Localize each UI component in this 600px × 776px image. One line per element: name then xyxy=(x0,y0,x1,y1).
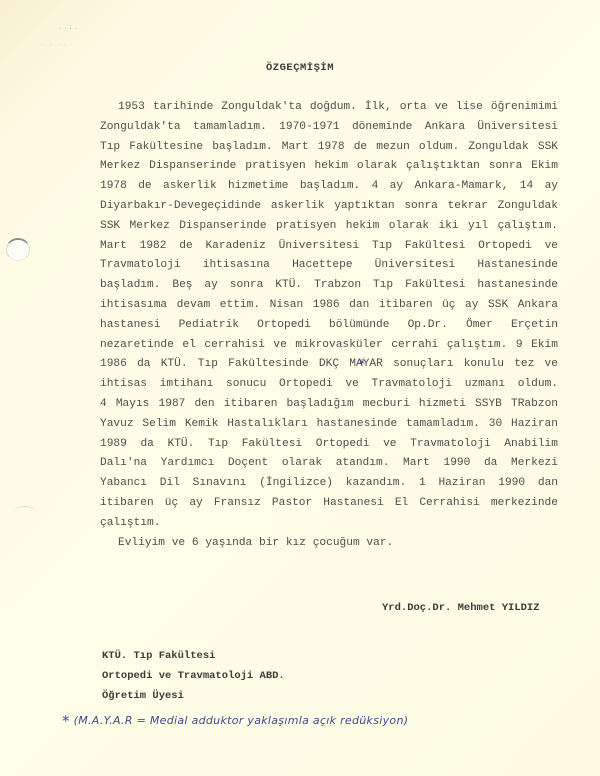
body-line: Yavuz Selim Kemik Hastalıkları hastanesi… xyxy=(100,415,558,435)
signature: Yrd.Doç.Dr. Mehmet YILDIZ xyxy=(382,602,540,614)
body-line: Tıp Fakültesine başladım. Mart 1978 de m… xyxy=(100,138,558,158)
body-line: Zonguldak'ta tamamladım. 1970-1971 dönem… xyxy=(100,118,558,138)
body-line: Travmatoloji ihtisasına Hacettepe Üniver… xyxy=(100,256,558,276)
affiliation-line: Ortopedi ve Travmatoloji ABD. xyxy=(102,666,285,686)
body-line: 4 Mayıs 1987 den itibaren başladığım mec… xyxy=(100,395,558,415)
corner-mark: . . .. xyxy=(40,40,68,47)
handwritten-note: * (M.A.Y.A.R = Medial adduktor yaklaşıml… xyxy=(62,712,408,730)
body-line: ihtisas imtihanı sonucu Ortopedi ve Trav… xyxy=(100,375,558,395)
body-line: hastanesi Pediatrik Ortopedi bölümünde O… xyxy=(100,316,558,336)
body-line: 1953 tarihinde Zonguldak'ta doğdum. İlk,… xyxy=(100,98,558,118)
body-line: 1978 de askerlik hizmetime başladım. 4 a… xyxy=(100,177,558,197)
page-title: ÖZGEÇMİŞİM xyxy=(0,62,600,74)
affiliation-line: Öğretim Üyesi xyxy=(102,686,285,706)
affiliation-line: KTÜ. Tıp Fakültesi xyxy=(102,646,285,666)
body-line: SSK Merkez Dispanserinde pratisyen hekim… xyxy=(100,217,558,237)
biography-paragraph: 1953 tarihinde Zonguldak'ta doğdum. İlk,… xyxy=(100,98,558,553)
body-line: Merkez Dispanserinde pratisyen hekim ola… xyxy=(100,157,558,177)
body-line: Mart 1982 de Karadeniz Üniversitesi Tıp … xyxy=(100,237,558,257)
body-line: başladım. Beş ay sonra KTÜ. Trabzon Tıp … xyxy=(100,276,558,296)
handwritten-note-text: (M.A.Y.A.R = Medial adduktor yaklaşımla … xyxy=(74,714,409,727)
body-line: 1986 da KTÜ. Tıp Fakültesinde DKÇ MAYAR … xyxy=(100,355,558,375)
body-line: Diyarbakır-Devegeçidinde askerlik yaptık… xyxy=(100,197,558,217)
body-line: ihtisasıma devam ettim. Nisan 1986 dan i… xyxy=(100,296,558,316)
corner-mark: ..:. xyxy=(58,24,79,32)
body-line: çalıştım. xyxy=(100,514,558,534)
document-page: ..:. . . .. ÖZGEÇMİŞİM 1953 tarihinde Zo… xyxy=(0,0,600,776)
body-line: 1989 da KTÜ. Tıp Fakültesi Ortopedi ve T… xyxy=(100,435,558,455)
body-line: Evliyim ve 6 yaşında bir kız çocuğum var… xyxy=(100,534,558,554)
body-line: nezaretinde el cerrahisi ve mikrovasküle… xyxy=(100,336,558,356)
body-line: itibaren üç ay Fransız Pastor Hastanesi … xyxy=(100,494,558,514)
body-line: Yabancı Dil Sınavını (İngilizce) kazandı… xyxy=(100,474,558,494)
punch-mark-icon xyxy=(14,506,36,519)
punch-hole-icon xyxy=(6,238,30,261)
asterisk-icon: * xyxy=(62,712,70,730)
asterisk-annotation-icon: * xyxy=(359,357,365,371)
affiliation-block: KTÜ. Tıp Fakültesi Ortopedi ve Travmatol… xyxy=(102,646,285,706)
body-line: Dalı'na Yardımcı Doçent olarak atandım. … xyxy=(100,454,558,474)
